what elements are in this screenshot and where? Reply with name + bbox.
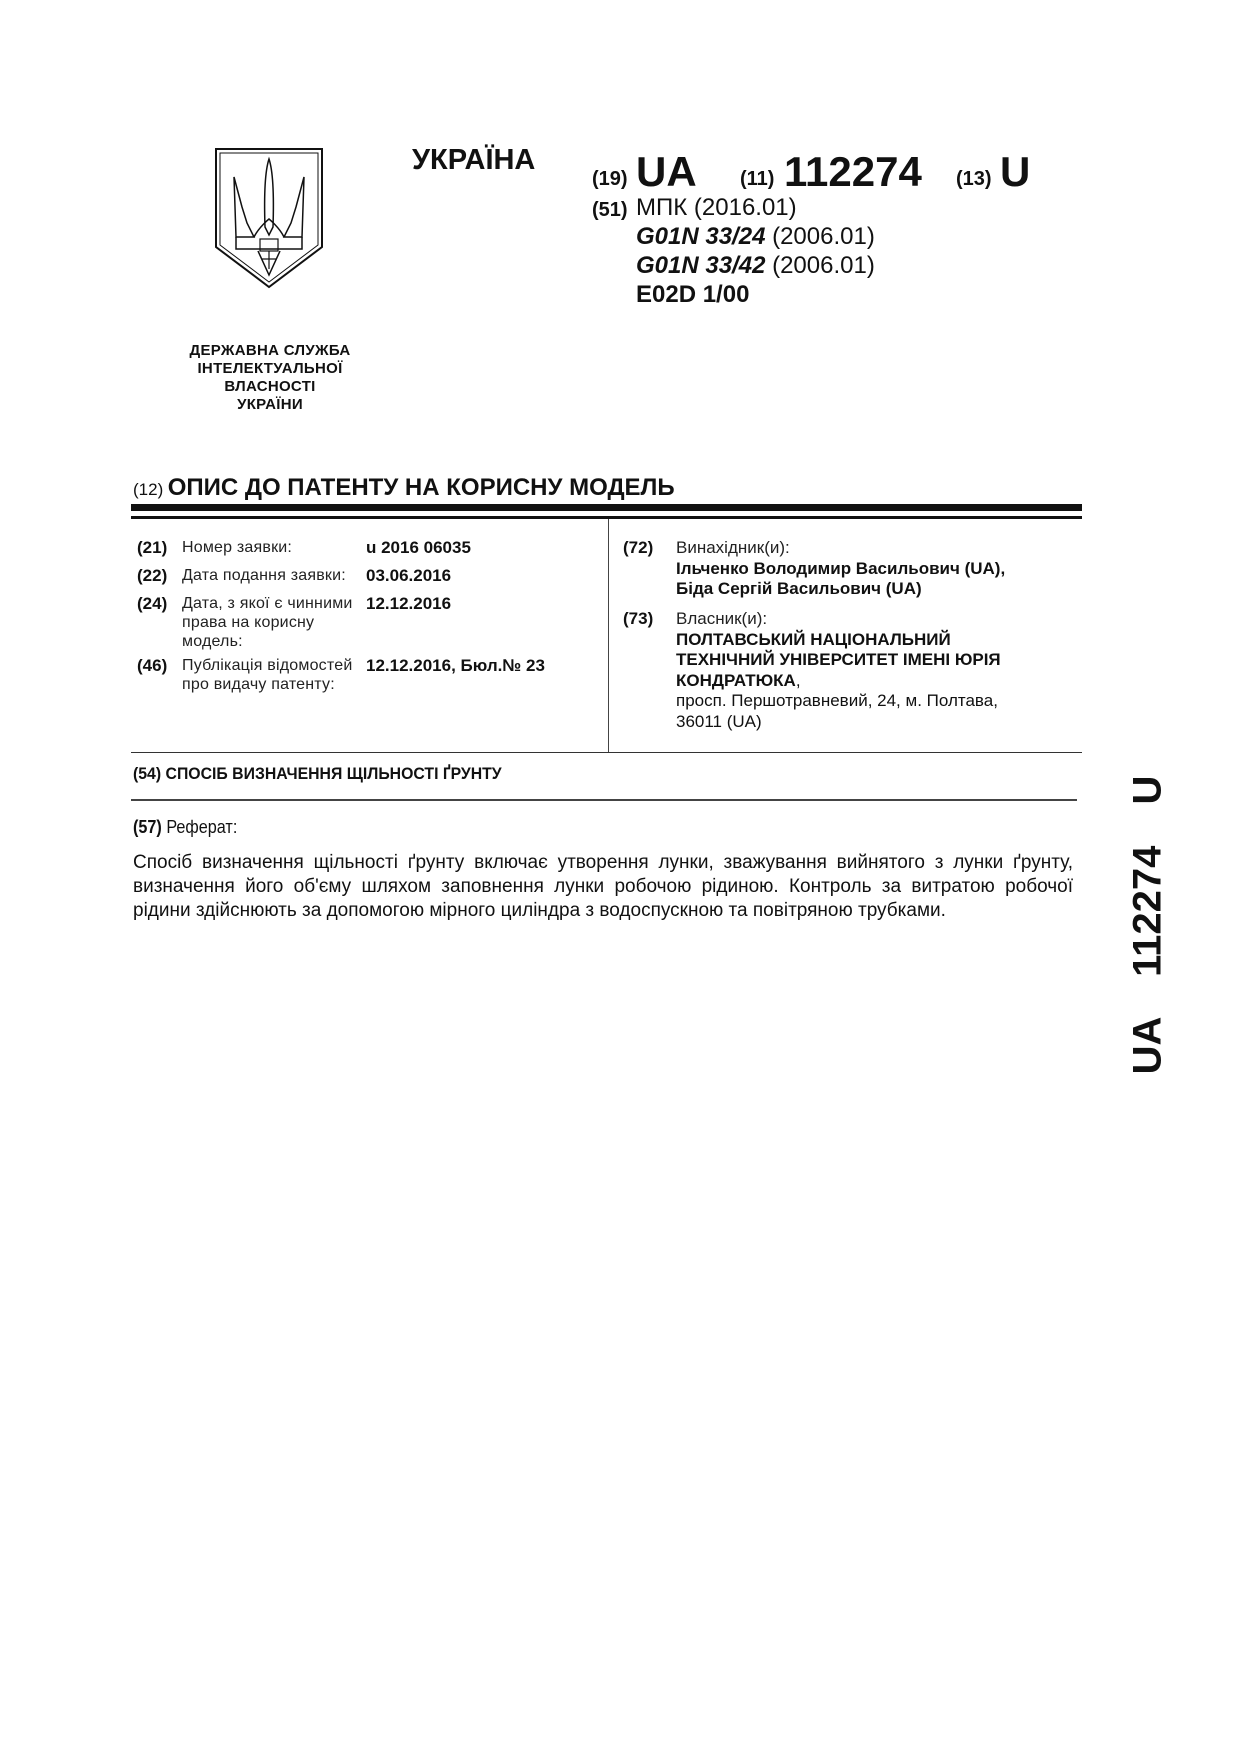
field-label: Публікація відомостей про видачу патенту… — [182, 656, 357, 694]
column-divider — [608, 519, 609, 752]
abstract-text: Спосіб визначення щільності ґрунту включ… — [133, 851, 1073, 923]
ipc-line: МПК (2016.01) — [636, 194, 797, 222]
patent-number: 112274 — [784, 148, 922, 196]
field-value: 03.06.2016 — [366, 566, 451, 585]
field-code: (24) — [137, 594, 167, 613]
inventor-name: Біда Сергій Васильович (UA) — [676, 579, 1096, 600]
abstract-heading: (57) Реферат: — [133, 817, 237, 838]
owner-name-line: ПОЛТАВСЬКИЙ НАЦІОНАЛЬНИЙ — [676, 630, 1096, 651]
country-name: УКРАЇНА — [412, 144, 535, 177]
country-code-label: (19) — [592, 168, 628, 191]
side-identifier: UA 112274 U — [1103, 770, 1193, 1080]
inventor-name: Ільченко Володимир Васильович (UA), — [676, 559, 1096, 580]
title-bottom-rule — [131, 799, 1077, 801]
field-label: Власник(и): — [676, 609, 1096, 630]
field-label: Дата подання заявки: — [182, 566, 357, 585]
field-value: 12.12.2016, Бюл.№ 23 — [366, 656, 545, 675]
invention-title: (54) СПОСІБ ВИЗНАЧЕННЯ ЩІЛЬНОСТІ ҐРУНТУ — [133, 764, 502, 784]
field-code: (21) — [137, 538, 167, 557]
owner-name-line: ТЕХНІЧНИЙ УНІВЕРСИТЕТ ІМЕНІ ЮРІЯ — [676, 650, 1096, 671]
ipc-label: (51) — [592, 199, 628, 222]
invention-title-text: СПОСІБ ВИЗНАЧЕННЯ ЩІЛЬНОСТІ ҐРУНТУ — [166, 764, 502, 783]
field-label: Дата, з якої є чинними права на корисну … — [182, 594, 357, 651]
ipc-class: G01N 33/42 — [636, 252, 765, 279]
owner-address-line: просп. Першотравневий, 24, м. Полтава, — [676, 691, 1096, 712]
agency-line: УКРАЇНИ — [150, 396, 390, 414]
header-rule-thick — [131, 504, 1082, 511]
abstract-label: Реферат: — [166, 817, 237, 837]
field-value: 12.12.2016 — [366, 594, 451, 613]
patent-number-label: (11) — [740, 168, 774, 191]
agency-line: ІНТЕЛЕКТУАЛЬНОЇ — [150, 360, 390, 378]
ipc-version: (2006.01) — [772, 252, 875, 279]
kind-code-label: (13) — [956, 168, 992, 191]
owner-name-line: КОНДРАТЮКА — [676, 671, 796, 690]
ipc-version: (2016.01) — [694, 194, 797, 221]
field-label: Номер заявки: — [182, 538, 357, 557]
document-title: (12) ОПИС ДО ПАТЕНТУ НА КОРИСНУ МОДЕЛЬ — [133, 474, 675, 502]
field-code: (22) — [137, 566, 167, 585]
ipc-line: G01N 33/42 (2006.01) — [636, 252, 875, 280]
document-title-text: ОПИС ДО ПАТЕНТУ НА КОРИСНУ МОДЕЛЬ — [168, 474, 675, 501]
field-value: u 2016 06035 — [366, 538, 471, 557]
table-bottom-rule — [131, 752, 1082, 753]
trident-emblem-icon — [214, 147, 324, 289]
ipc-line: E02D 1/00 — [636, 281, 749, 309]
field-code: (73) — [623, 609, 653, 630]
field-code: (72) — [623, 538, 653, 559]
country-code: UA — [636, 148, 697, 196]
header-rule-thin — [131, 516, 1082, 519]
invention-title-code: (54) — [133, 764, 161, 783]
side-identifier-text: UA 112274 U — [1126, 776, 1171, 1075]
ipc-line: G01N 33/24 (2006.01) — [636, 223, 875, 251]
ipc-class: G01N 33/24 — [636, 223, 765, 250]
ipc-version: (2006.01) — [772, 223, 875, 250]
kind-code: U — [1000, 148, 1030, 196]
field-code: (46) — [137, 656, 167, 675]
field-label: Винахідник(и): — [676, 538, 1096, 559]
agency-line: ДЕРЖАВНА СЛУЖБА — [150, 342, 390, 360]
abstract-code: (57) — [133, 817, 162, 837]
owner-address-line: 36011 (UA) — [676, 712, 1096, 733]
agency-line: ВЛАСНОСТІ — [150, 378, 390, 396]
document-title-code: (12) — [133, 480, 163, 499]
owner-name-suffix: , — [796, 671, 801, 690]
ipc-class: E02D 1/00 — [636, 281, 749, 308]
agency-name: ДЕРЖАВНА СЛУЖБА ІНТЕЛЕКТУАЛЬНОЇ ВЛАСНОСТ… — [150, 342, 390, 414]
ipc-class: МПК — [636, 194, 687, 221]
